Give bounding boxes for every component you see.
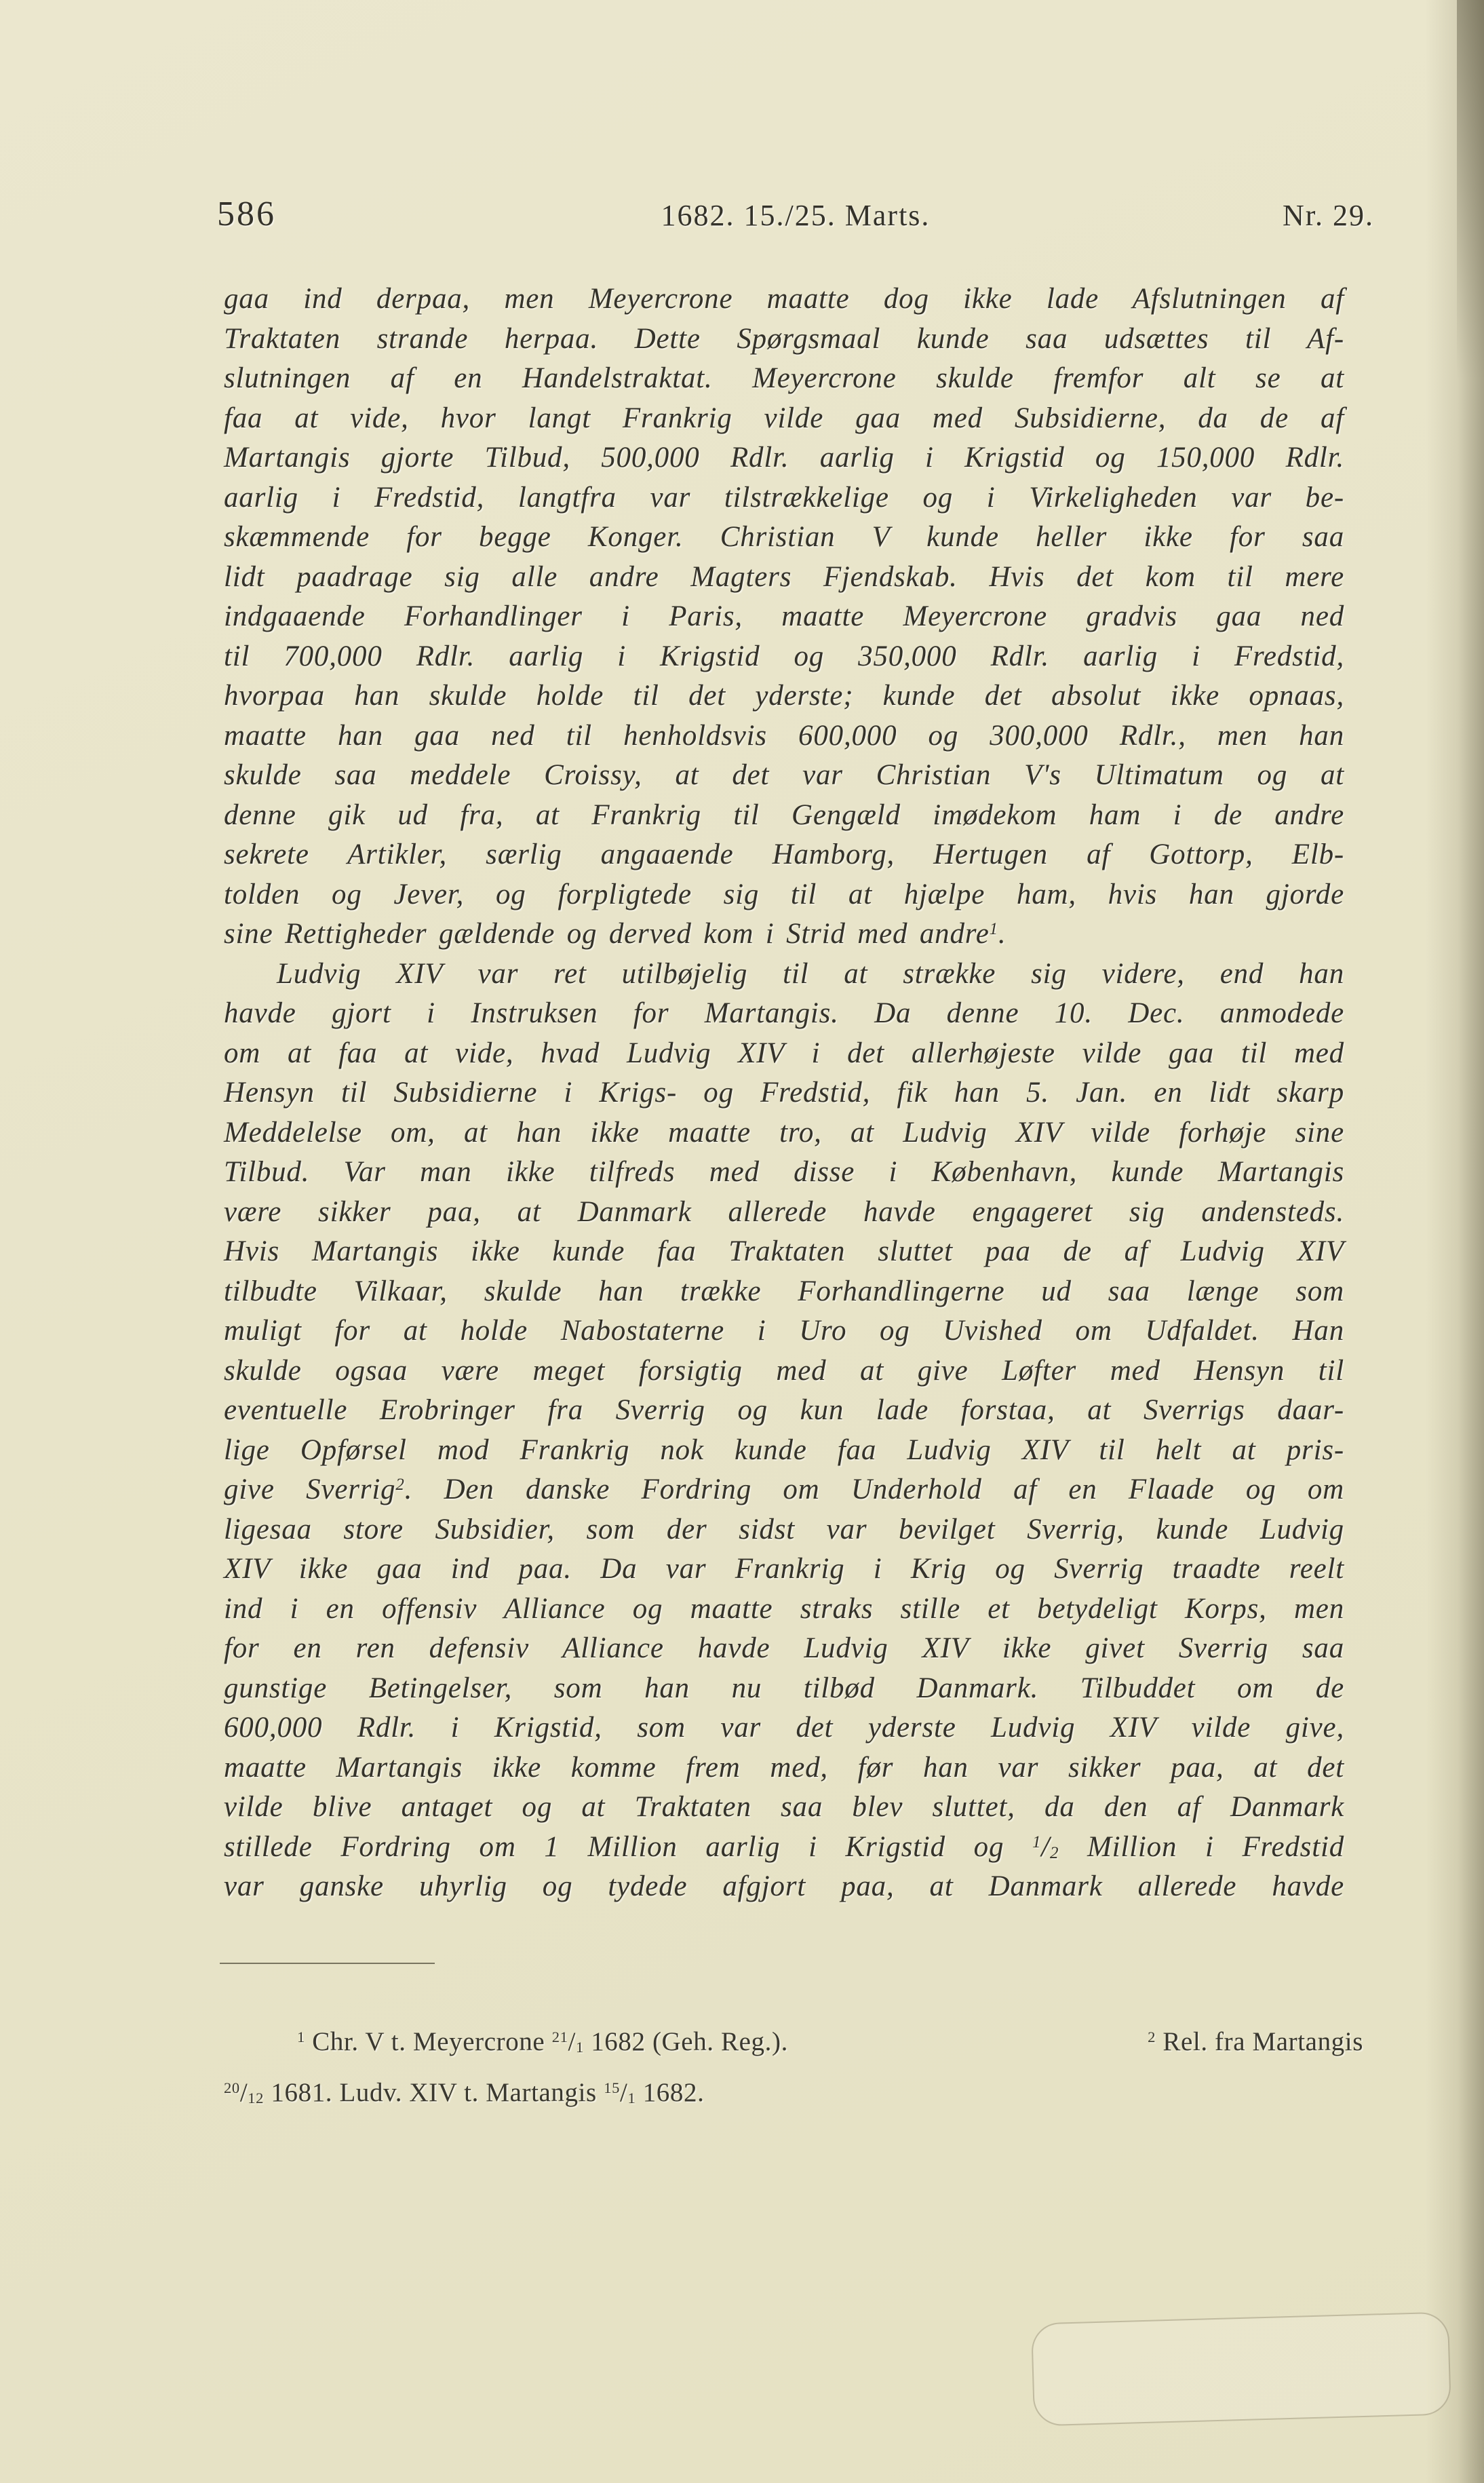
body-line: Martangis gjorte Tilbud, 500,000 Rdlr. a… xyxy=(224,438,1344,478)
footnote-1: 1 Chr. V t. Meyercrone 21/1 1682 (Geh. R… xyxy=(224,2016,788,2067)
body-line: faa at vide, hvor langt Frankrig vilde g… xyxy=(224,399,1344,439)
footnote-row: 1 Chr. V t. Meyercrone 21/1 1682 (Geh. R… xyxy=(224,2016,1363,2067)
body-line: maatte Martangis ikke komme frem med, fø… xyxy=(224,1748,1344,1788)
body-line: Meddelelse om, at han ikke maatte tro, a… xyxy=(224,1113,1344,1153)
body-line: stillede Fordring om 1 Million aarlig i … xyxy=(224,1828,1344,1868)
page-edge-shadow xyxy=(1426,0,1484,2483)
body-line: være sikker paa, at Danmark allerede hav… xyxy=(224,1193,1344,1233)
footnote-2-continued: 20/12 1681. Ludv. XIV t. Martangis 15/1 … xyxy=(224,2067,1363,2118)
body-line: 600,000 Rdlr. i Krigstid, som var det yd… xyxy=(224,1708,1344,1748)
body-line: gaa ind derpaa, men Meyercrone maatte do… xyxy=(224,280,1344,320)
body-line: skulde saa meddele Croissy, at det var C… xyxy=(224,756,1344,796)
page-edge-shadow-top xyxy=(1457,0,1484,380)
body-line: Tilbud. Var man ikke tilfreds med disse … xyxy=(224,1153,1344,1193)
body-line: slutningen af en Handelstraktat. Meyercr… xyxy=(224,359,1344,399)
body-line: maatte han gaa ned til henholdsvis 600,0… xyxy=(224,716,1344,756)
body-line: for en ren defensiv Alliance havde Ludvi… xyxy=(224,1629,1344,1669)
header-issue-number: Nr. 29. xyxy=(1283,198,1374,233)
body-line: muligt for at holde Nabostaterne i Uro o… xyxy=(224,1311,1344,1351)
footnote-rule xyxy=(220,1963,435,1964)
body-line: XIV ikke gaa ind paa. Da var Frankrig i … xyxy=(224,1550,1344,1590)
body-line: Hensyn til Subsidierne i Krigs- og Freds… xyxy=(224,1073,1344,1113)
body-line: til 700,000 Rdlr. aarlig i Krigstid og 3… xyxy=(224,637,1344,677)
body-line: var ganske uhyrlig og tydede afgjort paa… xyxy=(224,1867,1344,1907)
body-line: skæmmende for begge Konger. Christian V … xyxy=(224,518,1344,558)
body-line: eventuelle Erobringer fra Sverrig og kun… xyxy=(224,1391,1344,1431)
body-line: vilde blive antaget og at Traktaten saa … xyxy=(224,1788,1344,1828)
body-line: aarlig i Fredstid, langtfra var tilstræk… xyxy=(224,478,1344,518)
body-line: lige Opførsel mod Frankrig nok kunde faa… xyxy=(224,1431,1344,1471)
body-line: sekrete Artikler, særlig angaaende Hambo… xyxy=(224,835,1344,875)
body-line: denne gik ud fra, at Frankrig til Gengæl… xyxy=(224,796,1344,836)
body-line: Ludvig XIV var ret utilbøjelig til at st… xyxy=(224,955,1344,995)
header-date: 1682. 15./25. Marts. xyxy=(661,198,931,233)
body-line: ind i en offensiv Alliance og maatte str… xyxy=(224,1590,1344,1630)
body-line: lidt paadrage sig alle andre Magters Fje… xyxy=(224,558,1344,598)
emboss-stamp xyxy=(1031,2311,1451,2426)
book-page: 586 1682. 15./25. Marts. Nr. 29. gaa ind… xyxy=(0,0,1484,2483)
body-line: om at faa at vide, hvad Ludvig XIV i det… xyxy=(224,1034,1344,1074)
body-line: Hvis Martangis ikke kunde faa Traktaten … xyxy=(224,1232,1344,1272)
body-line: tolden og Jever, og forpligtede sig til … xyxy=(224,875,1344,915)
body-line: indgaaende Forhandlinger i Paris, maatte… xyxy=(224,597,1344,637)
body-line: gunstige Betingelser, som han nu tilbød … xyxy=(224,1669,1344,1709)
body-line: tilbudte Vilkaar, skulde han trække Forh… xyxy=(224,1272,1344,1312)
page-number: 586 xyxy=(217,194,276,234)
footnote-2-start: 2 Rel. fra Martangis xyxy=(1148,2016,1363,2067)
body-line: sine Rettigheder gældende og derved kom … xyxy=(224,915,1344,955)
body-line: havde gjort i Instruksen for Martangis. … xyxy=(224,994,1344,1034)
body-line: give Sverrig2. Den danske Fordring om Un… xyxy=(224,1470,1344,1510)
body-line: hvorpaa han skulde holde til det yderste… xyxy=(224,676,1344,716)
body-line: Traktaten strande herpaa. Dette Spørgsma… xyxy=(224,320,1344,360)
body-text: gaa ind derpaa, men Meyercrone maatte do… xyxy=(224,280,1344,1907)
body-line: skulde ogsaa være meget forsigtig med at… xyxy=(224,1351,1344,1391)
page-header: 586 1682. 15./25. Marts. Nr. 29. xyxy=(217,198,1374,240)
body-line: ligesaa store Subsidier, som der sidst v… xyxy=(224,1510,1344,1550)
footnotes: 1 Chr. V t. Meyercrone 21/1 1682 (Geh. R… xyxy=(224,2016,1363,2118)
